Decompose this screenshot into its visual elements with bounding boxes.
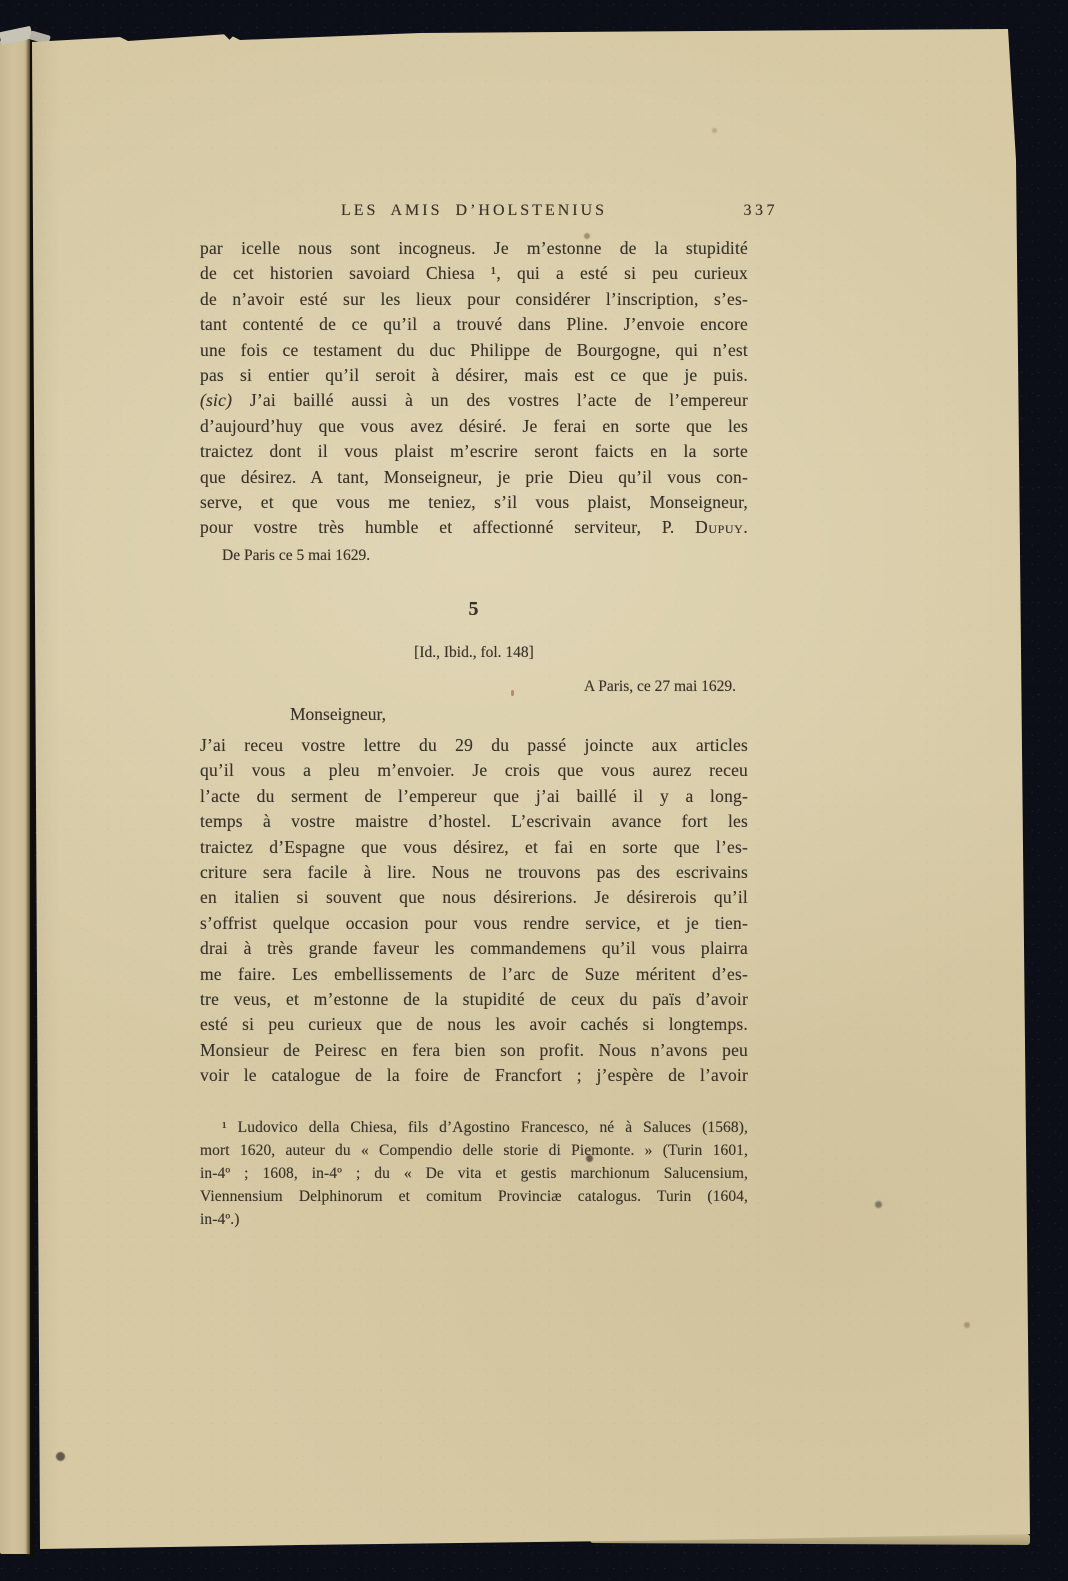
text-line: traictez d’Espagne que vous désirez, et … (200, 835, 748, 860)
text-line: en italien si souvent que nous désirerio… (200, 885, 748, 910)
text-line: temps à vostre maistre d’hostel. L’escri… (200, 809, 748, 834)
foxing-spot (56, 1452, 65, 1461)
text-line: que désirez. A tant, Monseigneur, je pri… (200, 465, 748, 490)
text-line: par icelle nous sont incogneus. Je m’est… (200, 236, 748, 261)
text-line: d’aujourd’huy que vous avez désiré. Je f… (200, 414, 748, 439)
text-line: (sic) J’ai baillé aussi à un des vostres… (200, 388, 748, 413)
text-line: de n’avoir esté sur les lieux pour consi… (200, 287, 748, 312)
foxing-spot (511, 690, 514, 696)
page-number: 337 (744, 202, 779, 220)
text-line: criture sera facile à lire. Nous ne trou… (200, 860, 748, 885)
foxing-spot (964, 1322, 970, 1328)
footnote-line: ¹ Ludovico della Chiesa, fils d’Agostino… (200, 1116, 748, 1139)
section-number: 5 (200, 598, 748, 621)
text-line: qu’il vous a pleu m’envoier. Je crois qu… (200, 758, 748, 783)
text-line: Monsieur de Peiresc en fera bien son pro… (200, 1038, 748, 1063)
page-title: LES AMIS D’HOLSTENIUS (341, 202, 607, 219)
text-line: traictez dont il vous plaist m’escrire s… (200, 439, 748, 464)
text-line: de cet historien savoiard Chiesa ¹, qui … (200, 261, 748, 286)
salutation: Monseigneur, (290, 704, 386, 725)
footnote-line: mort 1620, auteur du « Compendio delle s… (200, 1139, 748, 1162)
running-header: LES AMIS D’HOLSTENIUS 337 (200, 202, 748, 226)
text-line: s’offrist quelque occasion pour vous ren… (200, 911, 748, 936)
foxing-spot (875, 1201, 882, 1208)
book-page: LES AMIS D’HOLSTENIUS 337 par icelle nou… (0, 0, 1068, 1581)
text-line: tant contenté de ce qu’il a trouvé dans … (200, 312, 748, 337)
source-reference: [Id., Ibid., fol. 148] (200, 644, 748, 662)
text-line: esté si peu curieux que de nous les avoi… (200, 1012, 748, 1037)
text-line: pour vostre très humble et affectionné s… (200, 515, 748, 540)
foxing-spot (712, 128, 717, 133)
paragraph-letter-4: par icelle nous sont incogneus. Je m’est… (200, 236, 748, 541)
book-scan-backdrop: LES AMIS D’HOLSTENIUS 337 par icelle nou… (0, 0, 1068, 1581)
letter-dateline: A Paris, ce 27 mai 1629. (200, 678, 748, 696)
sic-annotation: (sic) (200, 390, 250, 410)
text-line: voir le catalogue de la foire de Francfo… (200, 1063, 748, 1088)
text-line: J’ai receu vostre lettre du 29 du passé … (200, 733, 748, 758)
text-line: l’acte du serment de l’empereur que j’ai… (200, 784, 748, 809)
foxing-spot (586, 1155, 593, 1162)
footnote-line: Viennensium Delphinorum et comitum Provi… (200, 1185, 748, 1208)
text-line: tre veus, et m’estonne de la stupidité d… (200, 987, 748, 1012)
text-line: me faire. Les embellissements de l’arc d… (200, 962, 748, 987)
text-line: drai à très grande faveur les commandeme… (200, 936, 748, 961)
footnote: ¹ Ludovico della Chiesa, fils d’Agostino… (200, 1116, 748, 1231)
text-line: serve, et que vous me teniez, s’il vous … (200, 490, 748, 515)
signature-name: Dupuy (695, 517, 743, 537)
footnote-line: in-4º.) (200, 1208, 748, 1231)
foxing-spot (584, 233, 590, 239)
text-line: une fois ce testament du duc Philippe de… (200, 338, 748, 363)
text-line: pas si entier qu’il seroit à désirer, ma… (200, 363, 748, 388)
footnote-line: in-4º ; 1608, in-4º ; du « De vita et ge… (200, 1162, 748, 1185)
letter-dateline: De Paris ce 5 mai 1629. (222, 547, 370, 565)
paragraph-letter-5: J’ai receu vostre lettre du 29 du passé … (200, 733, 748, 1088)
